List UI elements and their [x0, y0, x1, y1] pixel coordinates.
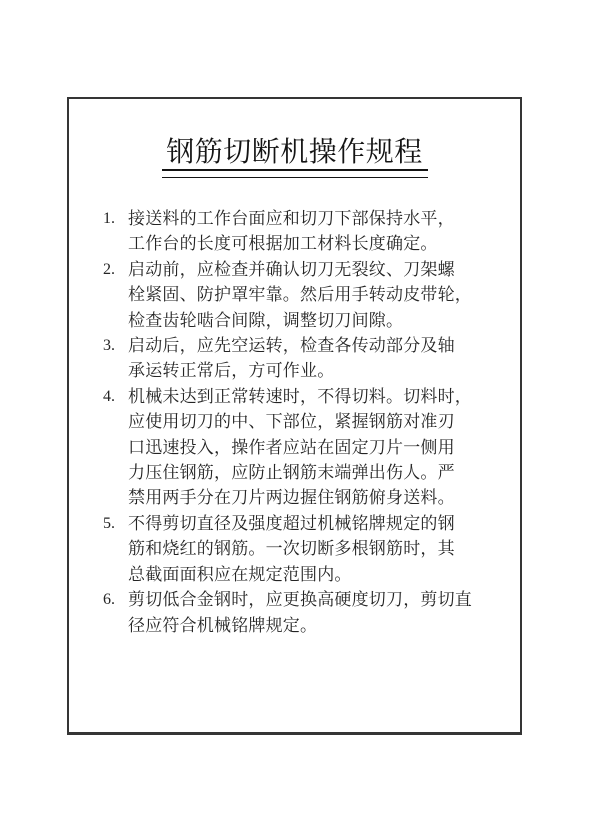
item-text-line: 启动后，应先空运转，检查各传动部分及轴: [128, 333, 482, 358]
procedure-item: 4.机械未达到正常转速时，不得切料。切料时，应使用切刀的中、下部位，紧握钢筋对准…: [103, 384, 482, 511]
procedure-item: 5.不得剪切直径及强度超过机械铭牌规定的钢筋和烧红的钢筋。一次切断多根钢筋时，其…: [103, 511, 482, 587]
document-title: 钢筋切断机操作规程: [69, 136, 520, 170]
item-number: 1.: [103, 206, 128, 231]
item-text-line: 剪切低合金钢时，应更换高硬度切刀，剪切直: [128, 587, 482, 612]
item-text-line: 应使用切刀的中、下部位，紧握钢筋对准刃: [128, 409, 482, 434]
item-text-line: 承运转正常后，方可作业。: [128, 358, 482, 383]
item-text-line: 口迅速投入，操作者应站在固定刀片一侧用: [128, 435, 482, 460]
item-text-line: 工作台的长度可根据加工材料长度确定。: [128, 231, 482, 256]
item-number: 3.: [103, 333, 128, 358]
item-number: 6.: [103, 587, 128, 612]
item-number: 2.: [103, 257, 128, 282]
item-text-line: 不得剪切直径及强度超过机械铭牌规定的钢: [128, 511, 482, 536]
procedure-item: 6.剪切低合金钢时，应更换高硬度切刀，剪切直径应符合机械铭牌规定。: [103, 587, 482, 638]
document-canvas: 钢筋切断机操作规程 1.接送料的工作台面应和切刀下部保持水平，工作台的长度可根据…: [0, 0, 590, 835]
item-number: 5.: [103, 511, 128, 536]
item-text-line: 禁用两手分在刀片两边握住钢筋俯身送料。: [128, 485, 482, 510]
procedure-list: 1.接送料的工作台面应和切刀下部保持水平，工作台的长度可根据加工材料长度确定。2…: [103, 206, 482, 638]
document-page: 钢筋切断机操作规程 1.接送料的工作台面应和切刀下部保持水平，工作台的长度可根据…: [67, 97, 522, 735]
item-text-line: 筋和烧红的钢筋。一次切断多根钢筋时，其: [128, 536, 482, 561]
item-text-line: 力压住钢筋，应防止钢筋末端弹出伤人。严: [128, 460, 482, 485]
title-underline: [162, 169, 428, 178]
procedure-item: 1.接送料的工作台面应和切刀下部保持水平，工作台的长度可根据加工材料长度确定。: [103, 206, 482, 257]
item-text-line: 机械未达到正常转速时，不得切料。切料时，: [128, 384, 482, 409]
item-text-line: 径应符合机械铭牌规定。: [128, 613, 482, 638]
item-number: 4.: [103, 384, 128, 409]
item-text-line: 检查齿轮啮合间隙，调整切刀间隙。: [128, 308, 482, 333]
item-text-line: 栓紧固、防护罩牢靠。然后用手转动皮带轮，: [128, 282, 482, 307]
procedure-item: 2.启动前，应检查并确认切刀无裂纹、刀架螺栓紧固、防护罩牢靠。然后用手转动皮带轮…: [103, 257, 482, 333]
procedure-item: 3.启动后，应先空运转，检查各传动部分及轴承运转正常后，方可作业。: [103, 333, 482, 384]
item-text-line: 接送料的工作台面应和切刀下部保持水平，: [128, 206, 482, 231]
item-text-line: 总截面面积应在规定范围内。: [128, 562, 482, 587]
item-text-line: 启动前，应检查并确认切刀无裂纹、刀架螺: [128, 257, 482, 282]
